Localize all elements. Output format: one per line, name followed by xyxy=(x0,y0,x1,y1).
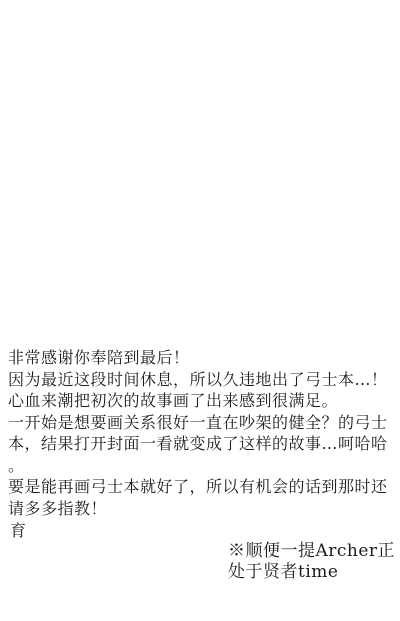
afterword-line: 非常感谢你奉陪到最后！ xyxy=(8,347,396,369)
afterword-text-block: 非常感谢你奉陪到最后！ 因为最近这段时间休息，所以久违地出了弓士本…！ 心血来潮… xyxy=(8,347,396,519)
afterword-line: 。 xyxy=(8,455,396,477)
afterword-line: 要是能再画弓士本就好了，所以有机会的话到那时还 xyxy=(8,476,396,498)
side-note-line: ※顺便一提Archer正 xyxy=(228,541,398,562)
afterword-line: 请多多指教！ xyxy=(8,498,396,520)
afterword-line: 心血来潮把初次的故事画了出来感到很满足。 xyxy=(8,390,396,412)
afterword-line: 一开始是想要画关系很好一直在吵架的健全？的弓士 xyxy=(8,412,396,434)
afterword-line: 因为最近这段时间休息，所以久违地出了弓士本…！ xyxy=(8,369,396,391)
afterword-page: 非常感谢你奉陪到最后！ 因为最近这段时间休息，所以久违地出了弓士本…！ 心血来潮… xyxy=(0,0,400,621)
side-note: ※顺便一提Archer正 处于贤者time xyxy=(228,541,398,583)
author-signature: 育 xyxy=(10,520,27,541)
afterword-line: 本，结果打开封面一看就变成了这样的故事…呵哈哈 xyxy=(8,433,396,455)
side-note-line: 处于贤者time xyxy=(228,562,398,583)
